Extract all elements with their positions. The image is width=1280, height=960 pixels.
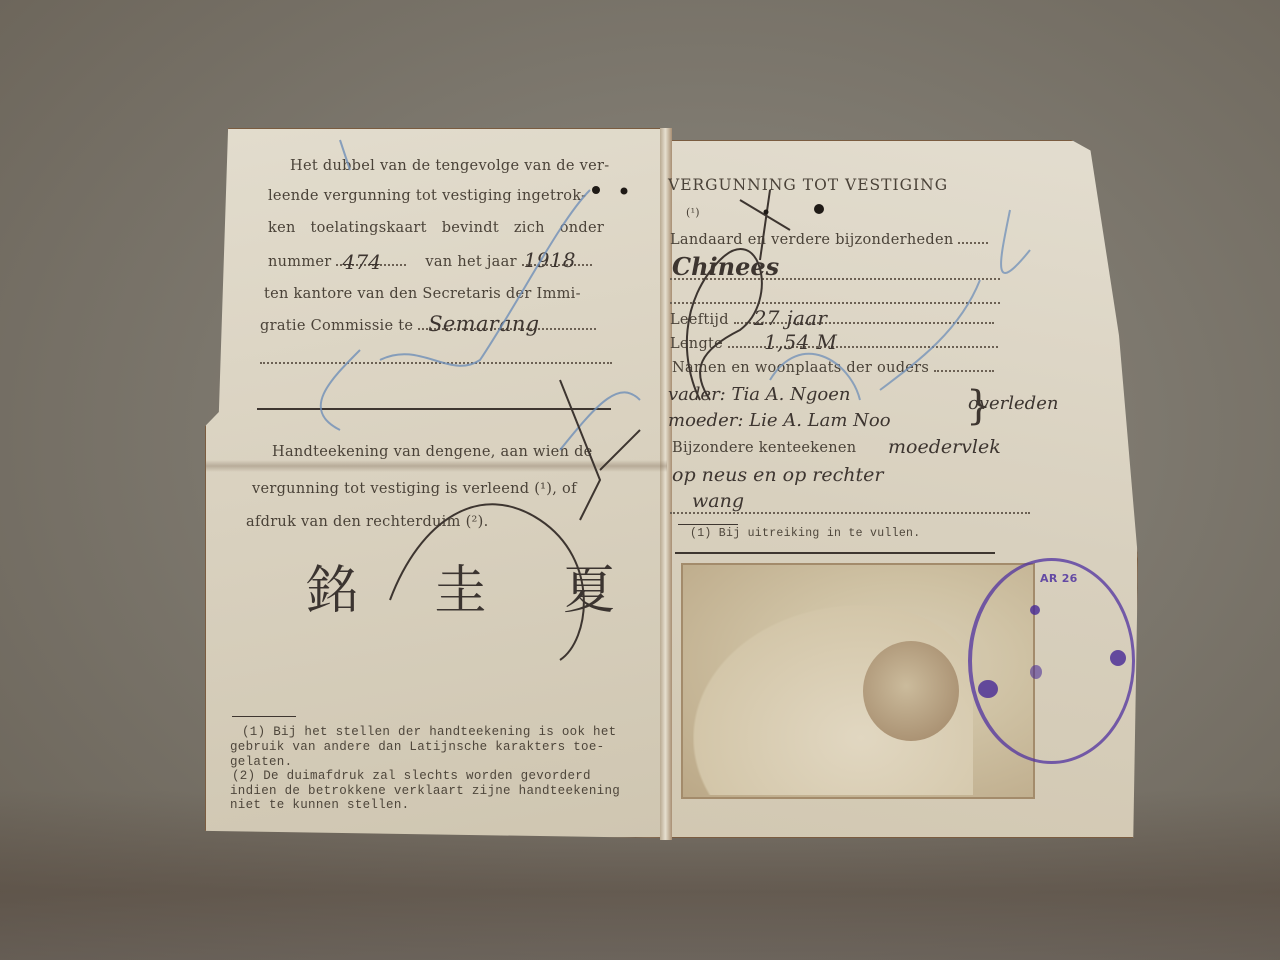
footnote-1-line1: (1) Bij het stellen der handteekening is… (242, 725, 616, 739)
jaar-value: 1918 (524, 248, 576, 272)
right-footnote-rule (678, 524, 738, 525)
page-fold-crease (205, 460, 667, 472)
para1-line1: Het dubbel van de tengevolge van de ver- (290, 158, 609, 174)
ouders-mother: moeder: Lie A. Lam Noo (668, 410, 891, 431)
right-footnote: (1) Bij uitreiking in te vullen. (690, 527, 920, 540)
landaard-extra-line (670, 302, 1000, 304)
lengte-field: 1,54 M (728, 346, 998, 348)
kenteekenen-line3: wang (692, 490, 744, 512)
nummer-value: 474 (342, 250, 381, 274)
stamp-ink-blot (1030, 605, 1040, 615)
photo-frame-rule (675, 552, 995, 554)
landaard-label: Landaard en verdere bijzonderheden (670, 232, 953, 248)
lengte-label: Lengte (670, 336, 723, 352)
para1-line2: leende vergunning tot vestiging ingetrok… (268, 188, 586, 204)
kenteekenen-row: Bijzondere kenteekenen (672, 440, 856, 456)
footnote-2-line2: indien de betrokkene verklaart zijne han… (230, 784, 620, 798)
kantore-line: ten kantore van den Secretaris der Immi- (264, 286, 581, 302)
brace: } (966, 386, 992, 426)
footnote-2-line1: (2) De duimafdruk zal slechts worden gev… (232, 769, 591, 783)
permit-title: VERGUNNING TOT VESTIGING (668, 176, 948, 194)
landaard-value: Chinees (672, 252, 779, 281)
lengte-row: Lengte 1,54 M (670, 336, 998, 352)
stamp-text: AR 26 (1040, 572, 1078, 585)
kenteekenen-line2: op neus en op rechter (672, 464, 883, 486)
title-note: (¹) (686, 206, 700, 219)
footnote-1-line2: gebruik van andere dan Latijnsche karakt… (230, 740, 604, 754)
para2-line2: vergunning tot vestiging is verleend (¹)… (252, 481, 577, 497)
nummer-row: nummer 474 van het jaar 1918 (268, 254, 592, 270)
ouders-father: vader: Tia A. Ngoen (668, 384, 850, 405)
commissie-label: gratie Commissie te (260, 318, 413, 334)
stamp-ink-blot (978, 680, 998, 698)
blank-dotted-line (260, 362, 612, 364)
para2-line1: Handteekening van dengene, aan wien de (272, 444, 593, 460)
leeftijd-field: 27 jaar (734, 322, 994, 324)
lengte-value: 1,54 M (764, 330, 837, 354)
kenteekenen-label: Bijzondere kenteekenen (672, 440, 856, 456)
nummer-label: nummer (268, 254, 332, 270)
stamp-ink-blot (1110, 650, 1126, 666)
commissie-value: Semarang (428, 312, 539, 336)
jaar-label: van het jaar (425, 254, 516, 270)
footnote-2-line3: niet te kunnen stellen. (230, 798, 409, 812)
kenteekenen-line1: moedervlek (888, 436, 1001, 458)
jaar-field: 1918 (522, 264, 592, 266)
ouders-leader (934, 370, 994, 372)
landaard-row: Landaard en verdere bijzonderheden (670, 232, 988, 248)
chinese-signature: 銘 圭 夏 (306, 548, 645, 623)
footnote-1-line3: gelaten. (230, 755, 292, 769)
commissie-row: gratie Commissie te Semarang (260, 318, 596, 334)
leeftijd-value: 27 jaar (754, 306, 828, 330)
portrait-face (863, 641, 959, 741)
landaard-leader (958, 242, 988, 244)
footnote-rule (232, 716, 296, 717)
nummer-field: 474 (336, 264, 406, 266)
leeftijd-row: Leeftijd 27 jaar (670, 312, 994, 328)
commissie-field: Semarang (418, 328, 596, 330)
stamp-ink-blot (1030, 665, 1042, 679)
kenteekenen-dotted (670, 512, 1030, 514)
para2-line3: afdruk van den rechterduim (²). (246, 514, 489, 530)
leeftijd-label: Leeftijd (670, 312, 729, 328)
para1-line3: ken toelatingskaart bevindt zich onder (268, 220, 604, 236)
ouders-row: Namen en woonplaats der ouders (672, 360, 994, 376)
signature-rule (257, 408, 611, 410)
ouders-label: Namen en woonplaats der ouders (672, 360, 929, 376)
